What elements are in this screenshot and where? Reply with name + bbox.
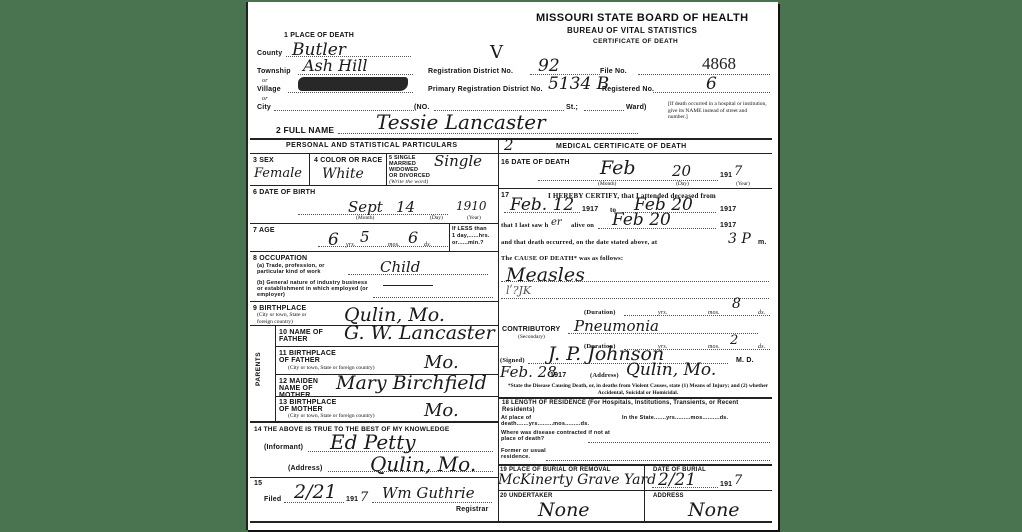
file-no-value: 4868: [702, 54, 736, 74]
informant-value: Ed Petty: [330, 430, 416, 454]
contributory-label: CONTRIBUTORY: [502, 326, 560, 333]
age-years: 6: [328, 230, 339, 250]
form-title: CERTIFICATE OF DEATH: [593, 38, 678, 45]
mos-label: mos.: [388, 242, 400, 248]
bureau-subtitle: BUREAU OF VITAL STATISTICS: [567, 26, 697, 35]
personal-section-title: PERSONAL AND STATISTICAL PARTICULARS: [286, 142, 457, 149]
occupation-value: Child: [380, 258, 420, 276]
last-saw-text: that I last saw h: [501, 222, 548, 229]
last-saw-value: er: [551, 217, 562, 228]
race-value: White: [322, 166, 364, 182]
township-label: Township: [257, 68, 291, 75]
marital-label: 5 SINGLE MARRIED WIDOWED OR DIVORCED (Wr…: [389, 155, 430, 185]
cause-duration-days: 8: [732, 296, 741, 312]
birthplace-label: 9 BIRTHPLACE: [253, 305, 306, 312]
occupation-b-label: (b) General nature of industry business …: [257, 280, 372, 298]
contributory-duration-days: 2: [730, 333, 738, 348]
father-birthplace-label: 11 BIRTHPLACE OF FATHER: [279, 350, 339, 364]
footnote: *State the Disease Causing Death, or, in…: [504, 383, 772, 396]
death-date-label: 16 DATE OF DEATH: [501, 159, 570, 166]
certify-number: 17: [501, 192, 509, 199]
occupation-a-label: (a) Trade, profession, or particular kin…: [257, 263, 352, 275]
age-days: 6: [408, 228, 418, 247]
burial-year-suffix: 7: [734, 473, 742, 488]
dob-label: 6 DATE OF BIRTH: [253, 189, 315, 196]
medical-section-title: MEDICAL CERTIFICATE OF DEATH: [556, 143, 687, 150]
death-year-prefix: 191: [720, 172, 732, 179]
burial-year-prefix: 191: [720, 481, 732, 488]
alive-on-label: alive on: [571, 222, 594, 229]
cause-value: Measles: [506, 264, 585, 286]
mother-birthplace-value: Mo.: [424, 400, 459, 421]
father-name-value: G. W. Lancaster: [344, 322, 495, 344]
township-value: Ash Hill: [303, 56, 367, 75]
city-label: City: [257, 104, 271, 111]
secondary-label: (Secondary): [518, 334, 545, 341]
village-label: Village: [257, 86, 281, 93]
less-than-label: If LESS than 1 day,......hrs. or......mi…: [452, 226, 490, 247]
board-title: MISSOURI STATE BOARD OF HEALTH: [536, 12, 748, 24]
registered-no-value: 6: [706, 74, 717, 94]
ds-label: ds.: [424, 242, 431, 248]
death-time: 3 P: [728, 231, 751, 247]
undertaker-address-label: ADDRESS: [653, 493, 684, 499]
month-caption: (Month): [356, 215, 374, 222]
marital-value: Single: [434, 152, 482, 170]
full-name-value: Tessie Lancaster: [376, 110, 546, 134]
contributory-value: Pneumonia: [574, 317, 659, 335]
primary-registration-value: 5134 B: [548, 74, 609, 94]
dob-year: 1910: [456, 199, 487, 213]
birthplace-sub: (City or town, State or foreign country): [257, 312, 322, 325]
m-label: m.: [758, 239, 767, 246]
mother-name-value: Mary Birchfield: [336, 372, 487, 394]
dob-day: 14: [396, 198, 415, 216]
corner-mark: 2: [504, 136, 514, 154]
informant-label: (Informant): [264, 444, 303, 451]
mother-birthplace-label: 13 BIRTHPLACE OF MOTHER: [279, 399, 339, 413]
registration-district-value: 92: [538, 56, 560, 76]
cause-extra: lʹ?JK: [506, 284, 531, 297]
cause-label: The CAUSE OF DEATH* was as follows:: [501, 255, 623, 262]
attended-to-year: 1917: [720, 206, 736, 213]
death-certificate: MISSOURI STATE BOARD OF HEALTH BUREAU OF…: [246, 2, 778, 530]
parents-label: PARENTS: [255, 352, 262, 386]
cause-mos: mos.: [708, 310, 720, 316]
death-day: 20: [672, 162, 691, 180]
signed-address-label: (Address): [590, 372, 619, 379]
death-month: Feb: [600, 157, 636, 179]
cause-ds: ds.: [758, 310, 765, 316]
attended-from: Feb. 12: [510, 195, 574, 215]
father-birthplace-value: Mo.: [424, 352, 459, 373]
death-month-caption: (Month): [598, 181, 616, 188]
contributory-ds: ds.: [758, 344, 765, 350]
race-label: 4 COLOR OR RACE: [314, 157, 382, 164]
signed-address-value: Qulin, Mo.: [626, 360, 716, 380]
father-name-label: 10 NAME OF FATHER: [279, 329, 329, 343]
filed-year-suffix: 7: [360, 490, 368, 505]
last-saw-year: 1917: [720, 222, 736, 229]
sex-value: Female: [254, 166, 302, 181]
signed-year: 1917: [550, 372, 566, 379]
undertaker-address-value: None: [688, 499, 740, 521]
filed-label: Filed: [264, 496, 281, 503]
contracted-label: Where was disease contracted if not at p…: [501, 430, 621, 442]
or-label-1: or: [262, 78, 268, 84]
occupation-label: 8 OCCUPATION: [253, 255, 307, 262]
year-caption: (Year): [467, 215, 481, 222]
cause-yrs: yrs.: [658, 310, 668, 316]
village-value-obscured: [298, 77, 408, 91]
place-of-death-label: 1 PLACE OF DEATH: [284, 32, 354, 39]
in-state-label: In the State.......yrs.........mos......…: [622, 415, 770, 421]
filed-section-number: 15: [254, 480, 262, 487]
death-year-caption: (Year): [736, 181, 750, 188]
age-label: 7 AGE: [253, 227, 275, 234]
address-value: Qulin, Mo.: [370, 452, 476, 476]
burial-value: McKinerty Grave Yard: [498, 472, 656, 488]
last-saw-date: Feb 20: [612, 210, 671, 230]
former-residence-label: Former or usual residence.: [501, 448, 561, 460]
death-occurred-text: and that death occurred, on the date sta…: [501, 239, 657, 246]
registrar-label: Registrar: [456, 506, 489, 513]
dob-month: Sept: [348, 198, 383, 216]
death-day-caption: (Day): [676, 181, 689, 188]
or-label-2: or: [262, 96, 268, 102]
age-months: 5: [360, 228, 370, 246]
death-year-suffix: 7: [734, 164, 742, 179]
mother-birthplace-sub: (City or town, State or foreign country): [288, 413, 375, 420]
contributory-mos: mos.: [708, 344, 720, 350]
yrs-label: yrs.: [346, 242, 356, 248]
undertaker-value: None: [538, 499, 590, 521]
ward-label: Ward): [626, 104, 647, 111]
registered-no-label: Registered No.: [602, 86, 654, 93]
st-label: St.;: [566, 104, 578, 111]
father-birthplace-sub: (City or town, State or foreign country): [288, 365, 375, 372]
md-label: M. D.: [736, 357, 754, 364]
signed-date: Feb. 28: [500, 363, 557, 381]
attended-from-year: 1917: [582, 206, 598, 213]
registrar-signature: Wm Guthrie: [382, 484, 475, 502]
residence-label: 18 LENGTH OF RESIDENCE (For Hospitals, I…: [502, 400, 768, 414]
county-label: County: [257, 50, 282, 57]
cause-duration-label: (Duration): [584, 309, 616, 316]
full-name-label: 2 FULL NAME: [276, 125, 334, 135]
sex-label: 3 SEX: [253, 157, 274, 164]
registration-district-label: Registration District No.: [428, 68, 513, 75]
primary-registration-label: Primary Registration District No.: [428, 86, 543, 93]
hospital-note: [If death occurred in a hospital or inst…: [668, 101, 768, 121]
filed-year-prefix: 191: [346, 496, 358, 503]
day-caption: (Day): [430, 215, 443, 222]
filed-date: 2/21: [294, 481, 337, 503]
at-place-label: At place of death.......yrs.........mos.…: [501, 415, 621, 427]
burial-date-value: 2/21: [658, 470, 696, 490]
check-mark: V: [490, 42, 503, 63]
address-label: (Address): [288, 465, 322, 472]
